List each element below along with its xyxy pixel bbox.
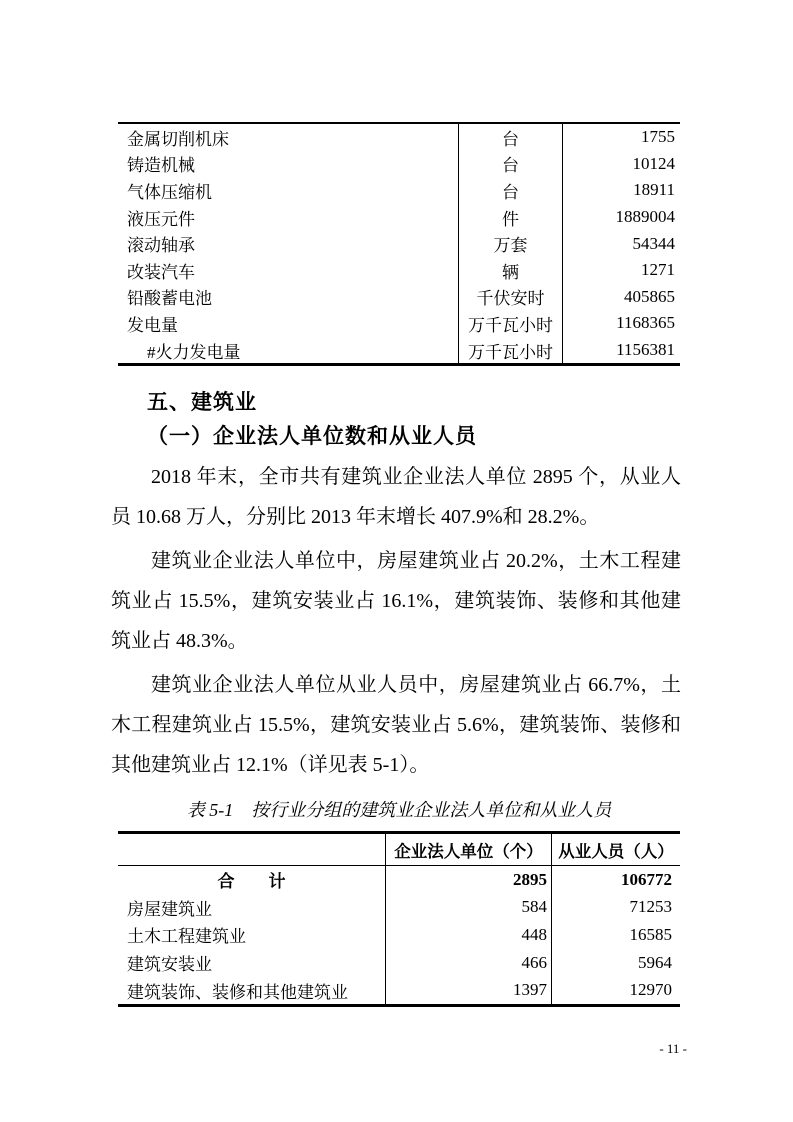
product-name-cell: 液压元件 — [118, 204, 458, 231]
unit-cell: 辆 — [458, 257, 563, 284]
value-cell: 1889004 — [563, 204, 680, 231]
industrial-products-table: 金属切削机床 台 1755 铸造机械 台 10124 气体压缩机 台 18911… — [118, 122, 680, 366]
table-row: 铸造机械 台 10124 — [118, 151, 680, 178]
unit-cell: 万千瓦小时 — [458, 337, 563, 364]
persons-cell: 16585 — [552, 921, 680, 949]
value-cell: 18911 — [563, 177, 680, 204]
unit-cell: 件 — [458, 204, 563, 231]
unit-cell: 台 — [458, 151, 563, 178]
persons-cell: 71253 — [552, 894, 680, 922]
table-row: 气体压缩机 台 18911 — [118, 177, 680, 204]
empty-header-cell — [118, 834, 385, 865]
product-name-cell: 滚动轴承 — [118, 230, 458, 257]
units-cell: 1397 — [385, 976, 552, 1004]
table-row: 发电量 万千瓦小时 1168365 — [118, 310, 680, 337]
product-name-cell: 发电量 — [118, 310, 458, 337]
unit-cell: 万套 — [458, 230, 563, 257]
industry-cell: 土木工程建筑业 — [118, 921, 385, 949]
value-cell: 1755 — [563, 124, 680, 151]
units-cell: 466 — [385, 949, 552, 977]
table-5-1: 企业法人单位（个） 从业人员（人） 合 计 2895 106772 房屋建筑业 … — [118, 831, 680, 1007]
value-cell: 54344 — [563, 230, 680, 257]
body-text: 2018 年末，全市共有建筑业企业法人单位 2895 个，从业人员 10.68 … — [111, 457, 681, 789]
paragraph: 建筑业企业法人单位从业人员中，房屋建筑业占 66.7%，土木工程建筑业占 15.… — [111, 665, 681, 785]
units-cell: 2895 — [385, 866, 552, 894]
table-row: 房屋建筑业 584 71253 — [118, 894, 680, 922]
table-header-row: 企业法人单位（个） 从业人员（人） — [118, 834, 680, 866]
table-row: 金属切削机床 台 1755 — [118, 124, 680, 151]
paragraph: 2018 年末，全市共有建筑业企业法人单位 2895 个，从业人员 10.68 … — [111, 457, 681, 537]
column-header-units: 企业法人单位（个） — [385, 834, 552, 865]
industry-cell: 房屋建筑业 — [118, 894, 385, 922]
column-header-persons: 从业人员（人） — [552, 834, 680, 865]
value-cell: 1271 — [563, 257, 680, 284]
unit-cell: 台 — [458, 124, 563, 151]
unit-cell: 万千瓦小时 — [458, 310, 563, 337]
value-cell: 10124 — [563, 151, 680, 178]
units-cell: 584 — [385, 894, 552, 922]
table-row-total: 合 计 2895 106772 — [118, 866, 680, 894]
value-cell: 1168365 — [563, 310, 680, 337]
table-row: 滚动轴承 万套 54344 — [118, 230, 680, 257]
industry-cell: 合 计 — [118, 866, 385, 894]
table-row: 建筑安装业 466 5964 — [118, 949, 680, 977]
table-5-1-caption: 表 5-1 按行业分组的建筑业企业法人单位和从业人员 — [118, 796, 680, 822]
product-name-cell: 铸造机械 — [118, 151, 458, 178]
value-cell: 1156381 — [563, 337, 680, 364]
table-row: 铅酸蓄电池 千伏安时 405865 — [118, 284, 680, 311]
paragraph: 建筑业企业法人单位中，房屋建筑业占 20.2%，土木工程建筑业占 15.5%，建… — [111, 541, 681, 661]
product-name-cell: 金属切削机床 — [118, 124, 458, 151]
section-subheading: （一）企业法人单位数和从业人员 — [147, 420, 477, 450]
value-cell: 405865 — [563, 284, 680, 311]
product-name-cell: 改装汽车 — [118, 257, 458, 284]
table-row: 建筑装饰、装修和其他建筑业 1397 12970 — [118, 976, 680, 1004]
page-number: - 11 - — [659, 1041, 687, 1057]
units-cell: 448 — [385, 921, 552, 949]
industry-cell: 建筑装饰、装修和其他建筑业 — [118, 976, 385, 1004]
product-name-cell: 铅酸蓄电池 — [118, 284, 458, 311]
table-row: 土木工程建筑业 448 16585 — [118, 921, 680, 949]
industry-cell: 建筑安装业 — [118, 949, 385, 977]
persons-cell: 106772 — [552, 866, 680, 894]
document-page: 金属切削机床 台 1755 铸造机械 台 10124 气体压缩机 台 18911… — [0, 0, 793, 1122]
section-heading: 五、建筑业 — [147, 386, 257, 416]
table-row: 改装汽车 辆 1271 — [118, 257, 680, 284]
unit-cell: 千伏安时 — [458, 284, 563, 311]
table-row: #火力发电量 万千瓦小时 1156381 — [118, 337, 680, 364]
persons-cell: 12970 — [552, 976, 680, 1004]
product-name-cell: 气体压缩机 — [118, 177, 458, 204]
product-name-cell: #火力发电量 — [118, 337, 458, 364]
persons-cell: 5964 — [552, 949, 680, 977]
unit-cell: 台 — [458, 177, 563, 204]
table-row: 液压元件 件 1889004 — [118, 204, 680, 231]
